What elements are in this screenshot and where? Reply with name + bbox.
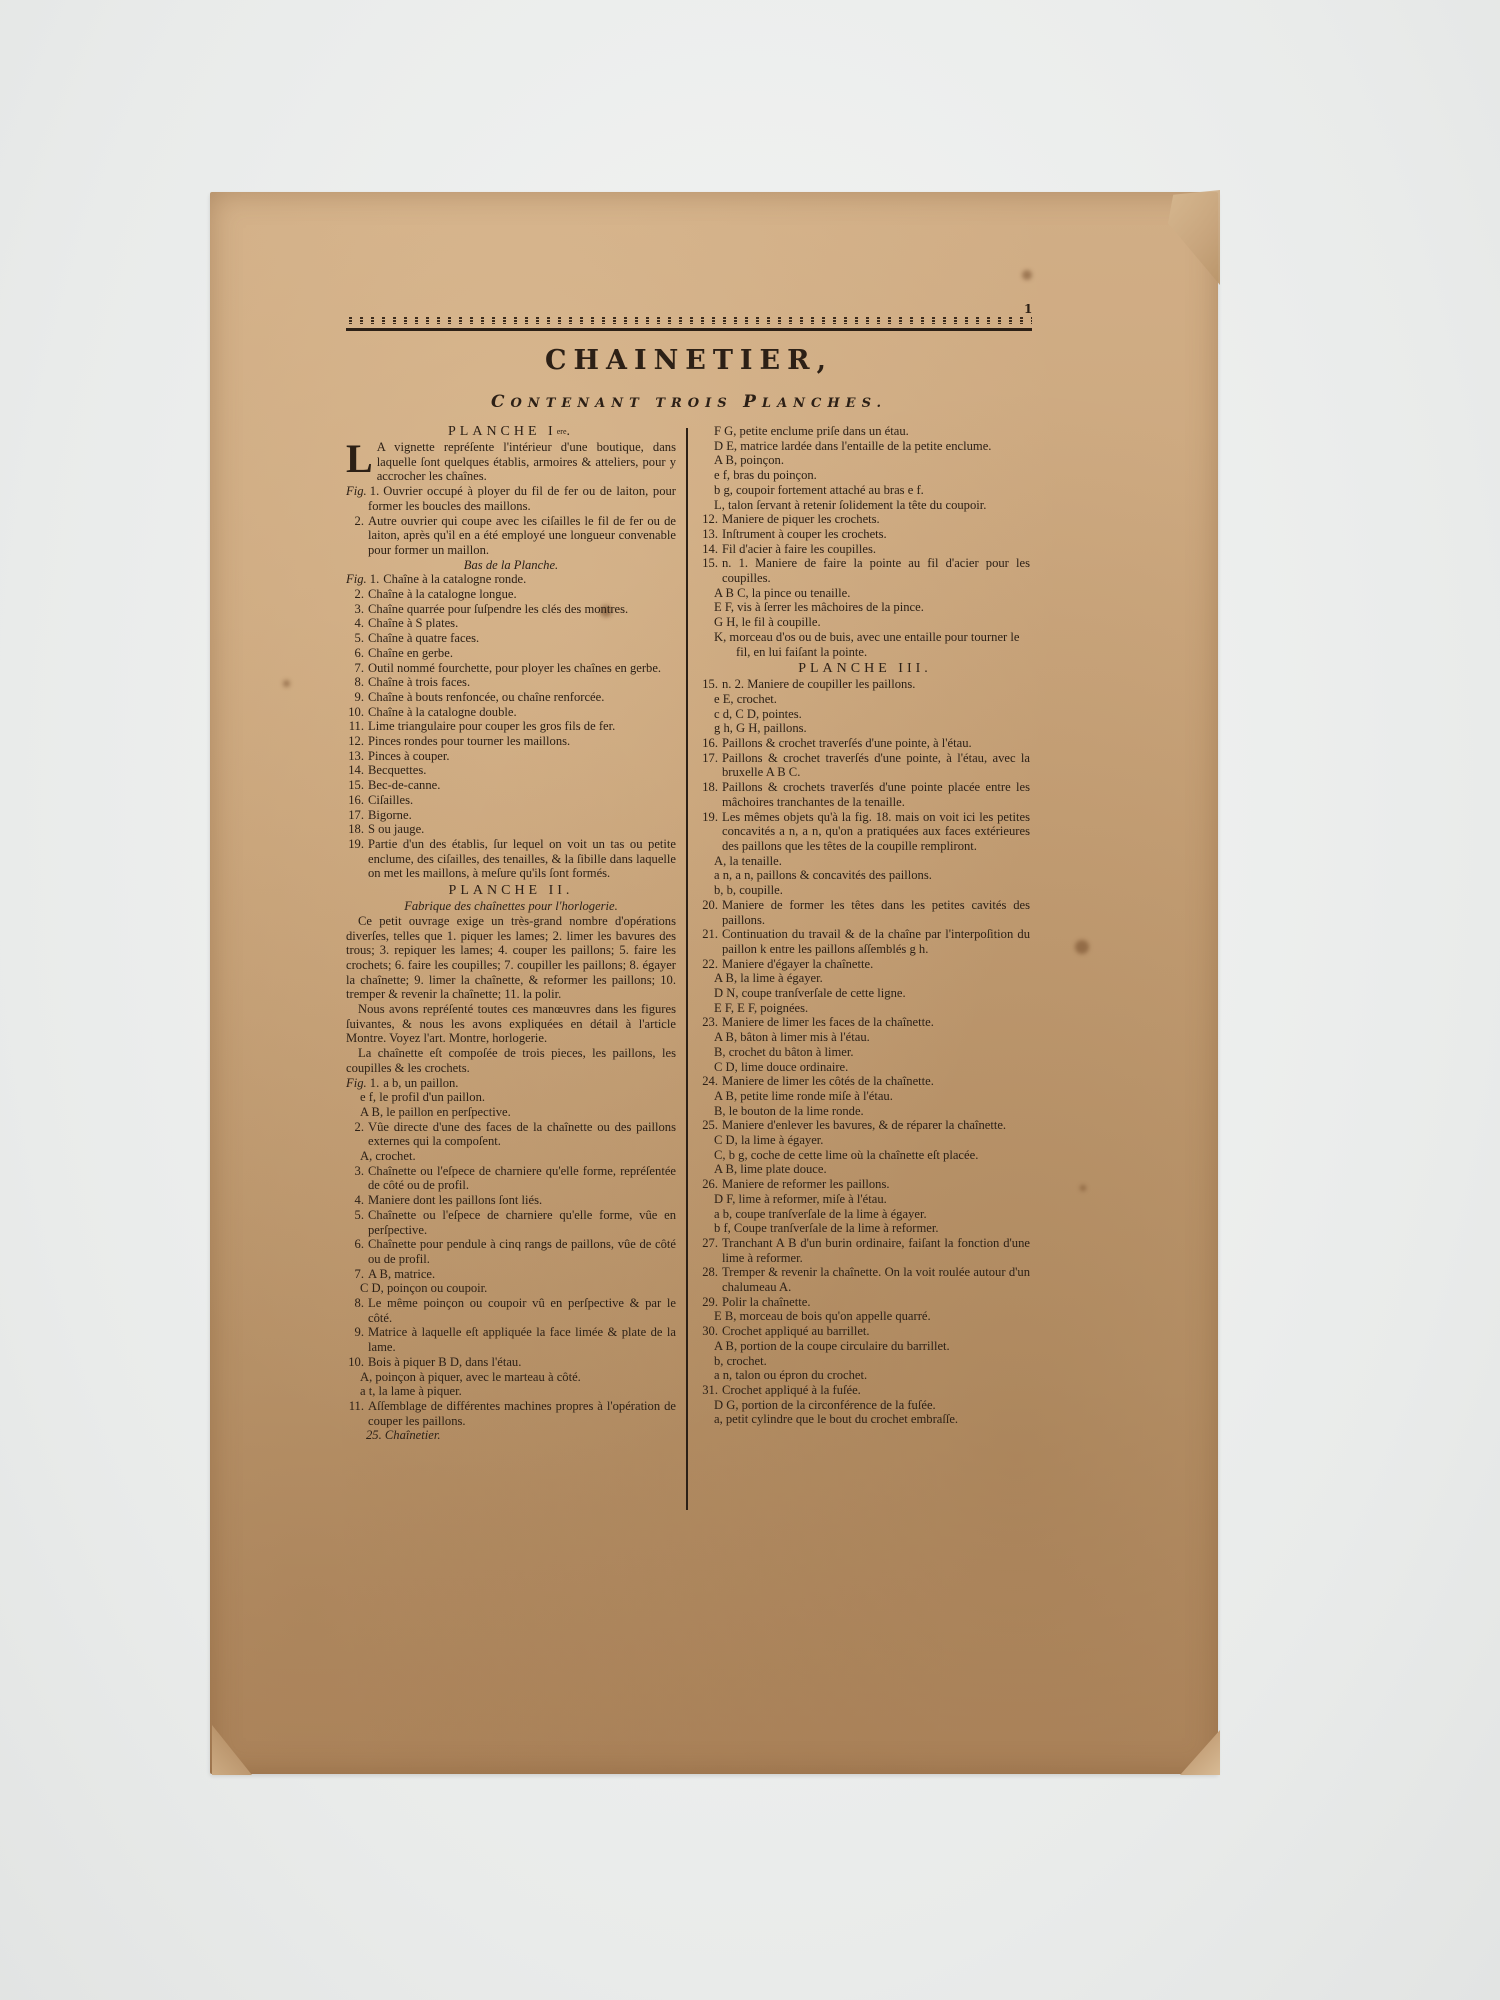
figure-entry: 12.Maniere de piquer les crochets. — [700, 512, 1030, 527]
planche-2-figure-list: Fig. 1.a b, un paillon.e f, le profil d'… — [346, 1076, 676, 1429]
figure-sub-entry: e f, bras du poinçon. — [700, 468, 1030, 483]
figure-description: E B, morceau de bois qu'on appelle quarr… — [714, 1309, 931, 1323]
figure-description: Chaîne à quatre faces. — [368, 631, 479, 645]
figure-description: A, la tenaille. — [714, 854, 782, 868]
figure-description: a b, coupe tranſverſale de la lime à éga… — [714, 1207, 927, 1221]
figure-number: 4. — [346, 616, 364, 631]
figure-number: 4. — [346, 1193, 364, 1208]
figure-description: E F, E F, poignées. — [714, 1001, 808, 1015]
figure-entry: 10.Bois à piquer B D, dans l'étau. — [346, 1355, 676, 1370]
figure-sub-entry: F G, petite enclume priſe dans un étau. — [700, 424, 1030, 439]
figure-number: 2. — [346, 514, 364, 529]
figure-description: b, b, coupille. — [714, 883, 783, 897]
figure-sub-entry: A B C, la pince ou tenaille. — [700, 586, 1030, 601]
figure-sub-entry: a b, coupe tranſverſale de la lime à éga… — [700, 1207, 1030, 1222]
figure-description: b, crochet. — [714, 1354, 767, 1368]
planche-2-subheading: Fabrique des chaînettes pour l'horlogeri… — [346, 899, 676, 914]
figure-entry: 15.Bec-de-canne. — [346, 778, 676, 793]
figure-description: Chaîne à bouts renfoncée, ou chaîne renf… — [368, 690, 604, 704]
figure-entry: Fig. 1.Chaîne à la catalogne ronde. — [346, 572, 676, 587]
figure-description: B, crochet du bâton à limer. — [714, 1045, 854, 1059]
figure-number: Fig. 1. — [346, 484, 379, 499]
figure-description: Autre ouvrier qui coupe avec les ciſaill… — [368, 514, 676, 557]
figure-description: Tranchant A B d'un burin ordinaire, faiſ… — [722, 1236, 1030, 1265]
figure-entry: 2.Vûe directe d'une des faces de la chaî… — [346, 1120, 676, 1149]
figure-description: e E, crochet. — [714, 692, 777, 706]
figure-description: Chaînette ou l'eſpece de charniere qu'el… — [368, 1208, 676, 1237]
figure-description: e f, le profil d'un paillon. — [360, 1090, 485, 1104]
figure-description: Maniere de former les têtes dans les pet… — [722, 898, 1030, 927]
figure-entry: 23.Maniere de limer les faces de la chaî… — [700, 1015, 1030, 1030]
figure-description: A B C, la pince ou tenaille. — [714, 586, 850, 600]
figure-description: Lime triangulaire pour couper les gros f… — [368, 719, 615, 733]
figure-description: Maniere de reformer les paillons. — [722, 1177, 890, 1191]
figure-entry: 29.Polir la chaînette. — [700, 1295, 1030, 1310]
figure-number: 18. — [700, 780, 718, 795]
figure-description: Chaîne quarrée pour ſuſpendre les clés d… — [368, 602, 628, 616]
figure-number: 16. — [700, 736, 718, 751]
figure-description: S ou jauge. — [368, 822, 424, 836]
figure-number: 5. — [346, 631, 364, 646]
figure-entry: 2.Chaîne à la catalogne longue. — [346, 587, 676, 602]
figure-entry: 19.Partie d'un des établis, ſur lequel o… — [346, 837, 676, 881]
figure-description: Ciſailles. — [368, 793, 413, 807]
figure-description: D F, lime à reformer, miſe à l'étau. — [714, 1192, 887, 1206]
figure-entry: 9.Chaîne à bouts renfoncée, ou chaîne re… — [346, 690, 676, 705]
figure-number: 27. — [700, 1236, 718, 1251]
figure-description: Tremper & revenir la chaînette. On la vo… — [722, 1265, 1030, 1294]
figure-description: Chaînette ou l'eſpece de charniere qu'el… — [368, 1164, 676, 1193]
subtitle-word: PLANCHES. — [743, 396, 887, 411]
figure-description: C D, poinçon ou coupoir. — [360, 1281, 487, 1295]
figure-number: 7. — [346, 661, 364, 676]
figure-entry: 28.Tremper & revenir la chaînette. On la… — [700, 1265, 1030, 1294]
figure-sub-entry: A B, le paillon en perſpective. — [346, 1105, 676, 1120]
document-title: CHAINETIER, — [346, 345, 1032, 376]
figure-sub-entry: A B, lime plate douce. — [700, 1162, 1030, 1177]
figure-description: K, morceau d'os ou de buis, avec une ent… — [714, 630, 1019, 659]
drop-cap: L — [346, 442, 373, 476]
figure-sub-entry: b g, coupoir fortement attaché au bras e… — [700, 483, 1030, 498]
figure-number: 3. — [346, 602, 364, 617]
figure-description: A B, petite lime ronde miſe à l'étau. — [714, 1089, 893, 1103]
figure-sub-entry: B, le bouton de la lime ronde. — [700, 1104, 1030, 1119]
figure-number: 12. — [346, 734, 364, 749]
figure-entry: 7.Outil nommé fourchette, pour ployer le… — [346, 661, 676, 676]
figure-entry: Fig. 1.a b, un paillon. — [346, 1076, 676, 1091]
figure-number: 23. — [700, 1015, 718, 1030]
figure-number: 19. — [346, 837, 364, 852]
figure-entry: 5.Chaînette ou l'eſpece de charniere qu'… — [346, 1208, 676, 1237]
figure-entry: 15.n. 1. Maniere de faire la pointe au f… — [700, 556, 1030, 585]
figure-number: 15. — [700, 677, 718, 692]
figure-description: Chaîne à la catalogne longue. — [368, 587, 517, 601]
figure-entry: 13.Pinces à couper. — [346, 749, 676, 764]
figure-number: 8. — [346, 675, 364, 690]
figure-description: a, petit cylindre que le bout du crochet… — [714, 1412, 958, 1426]
figure-description: Ouvrier occupé à ployer du fil de fer ou… — [368, 484, 676, 513]
planche-2-heading: PLANCHE II. — [346, 883, 676, 899]
figure-description: Vûe directe d'une des faces de la chaîne… — [368, 1120, 676, 1149]
figure-entry: 30.Crochet appliqué au barrillet. — [700, 1324, 1030, 1339]
bas-de-la-planche-heading: Bas de la Planche. — [346, 558, 676, 573]
figure-number: 11. — [346, 719, 364, 734]
figure-description: a n, a n, paillons & concavités des pail… — [714, 868, 932, 882]
figure-number: 25. — [700, 1118, 718, 1133]
figure-description: A, poinçon à piquer, avec le marteau à c… — [360, 1370, 581, 1384]
foxing-spot — [1080, 1185, 1086, 1191]
figure-description: A B, lime plate douce. — [714, 1162, 827, 1176]
figure-sub-entry: b f, Coupe tranſverſale de la lime à ref… — [700, 1221, 1030, 1236]
figure-description: Crochet appliqué à la fuſée. — [722, 1383, 861, 1397]
figure-sub-entry: G H, le fil à coupille. — [700, 615, 1030, 630]
figure-sub-entry: A, la tenaille. — [700, 854, 1030, 869]
figure-entry: 13.Inſtrument à couper les crochets. — [700, 527, 1030, 542]
figure-number: 19. — [700, 810, 718, 825]
figure-description: A B, poinçon. — [714, 453, 784, 467]
figure-number: 14. — [346, 763, 364, 778]
figure-entry: 21.Continuation du travail & de la chaîn… — [700, 927, 1030, 956]
figure-number: 9. — [346, 1325, 364, 1340]
figure-entry: 15.n. 2. Maniere de coupiller les paillo… — [700, 677, 1030, 692]
figure-number: 16. — [346, 793, 364, 808]
figure-entry: 11.Lime triangulaire pour couper les gro… — [346, 719, 676, 734]
figure-entry: 26.Maniere de reformer les paillons. — [700, 1177, 1030, 1192]
planche-3-heading: PLANCHE III. — [700, 661, 1030, 677]
figure-description: e f, bras du poinçon. — [714, 468, 817, 482]
figure-description: Partie d'un des établis, ſur lequel on v… — [368, 837, 676, 880]
figure-sub-entry: E F, E F, poignées. — [700, 1001, 1030, 1016]
figure-sub-entry: b, b, coupille. — [700, 883, 1030, 898]
figure-sub-entry: D N, coupe tranſverſale de cette ligne. — [700, 986, 1030, 1001]
figure-sub-entry: C D, lime douce ordinaire. — [700, 1060, 1030, 1075]
figure-description: Chaîne à la catalogne double. — [368, 705, 517, 719]
figure-sub-entry: c d, C D, pointes. — [700, 707, 1030, 722]
figure-number: 21. — [700, 927, 718, 942]
figure-entry: 7.A B, matrice. — [346, 1267, 676, 1282]
figure-description: Matrice à laquelle eſt appliquée la face… — [368, 1325, 676, 1354]
figure-entry: 10.Chaîne à la catalogne double. — [346, 705, 676, 720]
figure-entry: 16.Ciſailles. — [346, 793, 676, 808]
figure-description: Maniere de limer les côtés de la chaînet… — [722, 1074, 934, 1088]
document-subtitle: CONTENANT TROIS PLANCHES. — [346, 392, 1032, 412]
figure-sub-entry: A B, poinçon. — [700, 453, 1030, 468]
planche-2-paragraph: Nous avons repréſenté toutes ces manœuvr… — [346, 1002, 676, 1046]
figure-sub-entry: D G, portion de la circonférence de la f… — [700, 1398, 1030, 1413]
planche-2-paragraph: La chaînette eſt compoſée de trois piece… — [346, 1046, 676, 1075]
figure-entry: Fig. 1.Ouvrier occupé à ployer du fil de… — [346, 484, 676, 513]
figure-description: A, crochet. — [360, 1149, 416, 1163]
figure-number: 28. — [700, 1265, 718, 1280]
planche-2-continued-list: F G, petite enclume priſe dans un étau.D… — [700, 424, 1030, 659]
figure-description: Continuation du travail & de la chaîne p… — [722, 927, 1030, 956]
figure-number: 22. — [700, 957, 718, 972]
header-ornament-band — [346, 317, 1032, 324]
figure-description: A B, bâton à limer mis à l'étau. — [714, 1030, 870, 1044]
figure-number: 29. — [700, 1295, 718, 1310]
figure-description: Les mêmes objets qu'à la fig. 18. mais o… — [722, 810, 1030, 853]
figure-entry: 24.Maniere de limer les côtés de la chaî… — [700, 1074, 1030, 1089]
figure-description: Chaîne à trois faces. — [368, 675, 470, 689]
figure-sub-entry: A B, portion de la coupe circulaire du b… — [700, 1339, 1030, 1354]
planche-1-figures: Fig. 1.Ouvrier occupé à ployer du fil de… — [346, 484, 676, 558]
figure-description: Paillons & crochet traverſés d'une point… — [722, 751, 1030, 780]
figure-description: Bigorne. — [368, 808, 412, 822]
left-column: PLANCHE Iere. LA vignette repréſente l'i… — [346, 424, 676, 1443]
figure-entry: 31.Crochet appliqué à la fuſée. — [700, 1383, 1030, 1398]
figure-description: B, le bouton de la lime ronde. — [714, 1104, 864, 1118]
figure-description: D N, coupe tranſverſale de cette ligne. — [714, 986, 906, 1000]
figure-sub-entry: K, morceau d'os ou de buis, avec une ent… — [700, 630, 1030, 659]
figure-sub-entry: e f, le profil d'un paillon. — [346, 1090, 676, 1105]
figure-description: Paillons & crochets traverſés d'une poin… — [722, 780, 1030, 809]
figure-description: C, b g, coche de cette lime où la chaîne… — [714, 1148, 978, 1162]
foxing-spot — [1022, 270, 1032, 280]
figure-description: F G, petite enclume priſe dans un étau. — [714, 424, 909, 438]
figure-description: Bec-de-canne. — [368, 778, 440, 792]
figure-description: a b, un paillon. — [383, 1076, 458, 1090]
figure-description: Maniere d'enlever les bavures, & de répa… — [722, 1118, 1006, 1132]
header-ornament-rule — [346, 328, 1032, 331]
figure-sub-entry: A B, bâton à limer mis à l'étau. — [700, 1030, 1030, 1045]
figure-description: Chaîne en gerbe. — [368, 646, 453, 660]
figure-description: Polir la chaînette. — [722, 1295, 810, 1309]
subtitle-word: CONTENANT — [491, 396, 655, 411]
figure-description: Aſſemblage de différentes machines propr… — [368, 1399, 676, 1428]
figure-entry: 8.Chaîne à trois faces. — [346, 675, 676, 690]
figure-description: n. 2. Maniere de coupiller les paillons. — [722, 677, 915, 691]
figure-entry: 5.Chaîne à quatre faces. — [346, 631, 676, 646]
foxing-spot — [283, 680, 290, 687]
figure-number: 26. — [700, 1177, 718, 1192]
figure-entry: 11.Aſſemblage de différentes machines pr… — [346, 1399, 676, 1428]
figure-description: b g, coupoir fortement attaché au bras e… — [714, 483, 924, 497]
figure-description: a t, la lame à piquer. — [360, 1384, 462, 1398]
figure-number: 2. — [346, 587, 364, 602]
planche-1-intro: LA vignette repréſente l'intérieur d'une… — [346, 440, 676, 484]
figure-number: 5. — [346, 1208, 364, 1223]
figure-sub-entry: a, petit cylindre que le bout du crochet… — [700, 1412, 1030, 1427]
figure-number: 13. — [700, 527, 718, 542]
figure-number: 14. — [700, 542, 718, 557]
figure-sub-entry: A, crochet. — [346, 1149, 676, 1164]
figure-entry: 17.Paillons & crochet traverſés d'une po… — [700, 751, 1030, 780]
signature-mark: 25. Chaînetier. — [346, 1428, 676, 1443]
column-divider — [686, 428, 688, 1510]
figure-sub-entry: D F, lime à reformer, miſe à l'étau. — [700, 1192, 1030, 1207]
figure-description: A B, la lime à égayer. — [714, 971, 823, 985]
figure-sub-entry: e E, crochet. — [700, 692, 1030, 707]
figure-number: 6. — [346, 1237, 364, 1252]
figure-sub-entry: a n, talon ou épron du crochet. — [700, 1368, 1030, 1383]
figure-entry: 2.Autre ouvrier qui coupe avec les ciſai… — [346, 514, 676, 558]
figure-description: A B, le paillon en perſpective. — [360, 1105, 511, 1119]
figure-entry: 16.Paillons & crochet traverſés d'une po… — [700, 736, 1030, 751]
figure-sub-entry: C D, poinçon ou coupoir. — [346, 1281, 676, 1296]
figure-entry: 22.Maniere d'égayer la chaînette. — [700, 957, 1030, 972]
figure-sub-entry: A B, petite lime ronde miſe à l'étau. — [700, 1089, 1030, 1104]
figure-entry: 4.Maniere dont les paillons ſont liés. — [346, 1193, 676, 1208]
figure-number: 17. — [346, 808, 364, 823]
foxing-spot — [1075, 940, 1089, 954]
figure-entry: 4.Chaîne à S plates. — [346, 616, 676, 631]
figure-number: 8. — [346, 1296, 364, 1311]
figure-description: Chaîne à S plates. — [368, 616, 458, 630]
figure-number: 3. — [346, 1164, 364, 1179]
figure-entry: 3.Chaîne quarrée pour ſuſpendre les clés… — [346, 602, 676, 617]
figure-number: 11. — [346, 1399, 364, 1414]
figure-entry: 18.S ou jauge. — [346, 822, 676, 837]
figure-description: Bois à piquer B D, dans l'étau. — [368, 1355, 521, 1369]
planche-1-bottom-list: Fig. 1.Chaîne à la catalogne ronde.2.Cha… — [346, 572, 676, 881]
figure-number: 30. — [700, 1324, 718, 1339]
figure-description: Chaîne à la catalogne ronde. — [383, 572, 526, 586]
figure-sub-entry: B, crochet du bâton à limer. — [700, 1045, 1030, 1060]
figure-sub-entry: A, poinçon à piquer, avec le marteau à c… — [346, 1370, 676, 1385]
figure-sub-entry: g h, G H, paillons. — [700, 721, 1030, 736]
figure-number: 31. — [700, 1383, 718, 1398]
figure-number: 6. — [346, 646, 364, 661]
figure-sub-entry: a n, a n, paillons & concavités des pail… — [700, 868, 1030, 883]
figure-entry: 14.Fil d'acier à faire les coupilles. — [700, 542, 1030, 557]
figure-entry: 12.Pinces rondes pour tourner les maillo… — [346, 734, 676, 749]
figure-description: C D, lime douce ordinaire. — [714, 1060, 848, 1074]
figure-description: g h, G H, paillons. — [714, 721, 807, 735]
figure-sub-entry: E B, morceau de bois qu'on appelle quarr… — [700, 1309, 1030, 1324]
figure-description: a n, talon ou épron du crochet. — [714, 1368, 867, 1382]
figure-entry: 25.Maniere d'enlever les bavures, & de r… — [700, 1118, 1030, 1133]
figure-number: 10. — [346, 1355, 364, 1370]
figure-number: 9. — [346, 690, 364, 705]
figure-entry: 27.Tranchant A B d'un burin ordinaire, f… — [700, 1236, 1030, 1265]
figure-description: Paillons & crochet traverſés d'une point… — [722, 736, 972, 750]
figure-number: 13. — [346, 749, 364, 764]
figure-entry: 19.Les mêmes objets qu'à la fig. 18. mai… — [700, 810, 1030, 854]
figure-sub-entry: E F, vis à ſerrer les mâchoires de la pi… — [700, 600, 1030, 615]
planche-2-paragraph: Ce petit ouvrage exige un très-grand nom… — [346, 914, 676, 1002]
page-number: 1 — [1024, 302, 1032, 316]
figure-description: Maniere de limer les faces de la chaînet… — [722, 1015, 934, 1029]
planche-1-heading: PLANCHE Iere. — [346, 424, 676, 440]
figure-entry: 3.Chaînette ou l'eſpece de charniere qu'… — [346, 1164, 676, 1193]
figure-description: n. 1. Maniere de faire la pointe au fil … — [722, 556, 1030, 585]
figure-number: 15. — [346, 778, 364, 793]
figure-sub-entry: C, b g, coche de cette lime où la chaîne… — [700, 1148, 1030, 1163]
figure-sub-entry: D E, matrice lardée dans l'entaille de l… — [700, 439, 1030, 454]
figure-description: A B, portion de la coupe circulaire du b… — [714, 1339, 950, 1353]
figure-sub-entry: L, talon ſervant à retenir ſolidement la… — [700, 498, 1030, 513]
figure-description: Outil nommé fourchette, pour ployer les … — [368, 661, 661, 675]
planche-3-figure-list: 15.n. 2. Maniere de coupiller les paillo… — [700, 677, 1030, 1427]
figure-number: 24. — [700, 1074, 718, 1089]
figure-description: b f, Coupe tranſverſale de la lime à ref… — [714, 1221, 939, 1235]
figure-description: Maniere d'égayer la chaînette. — [722, 957, 873, 971]
figure-number: Fig. 1. — [346, 1076, 379, 1091]
figure-description: E F, vis à ſerrer les mâchoires de la pi… — [714, 600, 924, 614]
figure-number: 10. — [346, 705, 364, 720]
figure-description: Maniere dont les paillons ſont liés. — [368, 1193, 542, 1207]
figure-description: Pinces à couper. — [368, 749, 449, 763]
figure-entry: 8.Le même poinçon ou coupoir vû en perſp… — [346, 1296, 676, 1325]
figure-description: Le même poinçon ou coupoir vû en perſpec… — [368, 1296, 676, 1325]
figure-description: L, talon ſervant à retenir ſolidement la… — [714, 498, 986, 512]
figure-entry: 6.Chaînette pour pendule à cinq rangs de… — [346, 1237, 676, 1266]
figure-number: 20. — [700, 898, 718, 913]
figure-description: G H, le fil à coupille. — [714, 615, 821, 629]
figure-description: C D, la lime à égayer. — [714, 1133, 823, 1147]
figure-description: Fil d'acier à faire les coupilles. — [722, 542, 876, 556]
right-column: F G, petite enclume priſe dans un étau.D… — [700, 424, 1030, 1427]
figure-entry: 18.Paillons & crochets traverſés d'une p… — [700, 780, 1030, 809]
figure-number: 15. — [700, 556, 718, 571]
figure-number: 2. — [346, 1120, 364, 1135]
figure-description: Maniere de piquer les crochets. — [722, 512, 880, 526]
figure-description: D E, matrice lardée dans l'entaille de l… — [714, 439, 991, 453]
figure-number: 18. — [346, 822, 364, 837]
figure-entry: 6.Chaîne en gerbe. — [346, 646, 676, 661]
figure-sub-entry: a t, la lame à piquer. — [346, 1384, 676, 1399]
figure-number: Fig. 1. — [346, 572, 379, 587]
figure-description: Inſtrument à couper les crochets. — [722, 527, 887, 541]
figure-entry: 17.Bigorne. — [346, 808, 676, 823]
figure-sub-entry: b, crochet. — [700, 1354, 1030, 1369]
figure-description: c d, C D, pointes. — [714, 707, 802, 721]
figure-entry: 14.Becquettes. — [346, 763, 676, 778]
figure-sub-entry: C D, la lime à égayer. — [700, 1133, 1030, 1148]
figure-description: Pinces rondes pour tourner les maillons. — [368, 734, 570, 748]
figure-number: 17. — [700, 751, 718, 766]
figure-sub-entry: A B, la lime à égayer. — [700, 971, 1030, 986]
figure-number: 12. — [700, 512, 718, 527]
subtitle-word: TROIS — [655, 396, 743, 411]
figure-description: D G, portion de la circonférence de la f… — [714, 1398, 936, 1412]
figure-entry: 20.Maniere de former les têtes dans les … — [700, 898, 1030, 927]
figure-description: Chaînette pour pendule à cinq rangs de p… — [368, 1237, 676, 1266]
figure-description: Crochet appliqué au barrillet. — [722, 1324, 870, 1338]
figure-entry: 9.Matrice à laquelle eſt appliquée la fa… — [346, 1325, 676, 1354]
figure-description: A B, matrice. — [368, 1267, 435, 1281]
figure-number: 7. — [346, 1267, 364, 1282]
figure-description: Becquettes. — [368, 763, 426, 777]
